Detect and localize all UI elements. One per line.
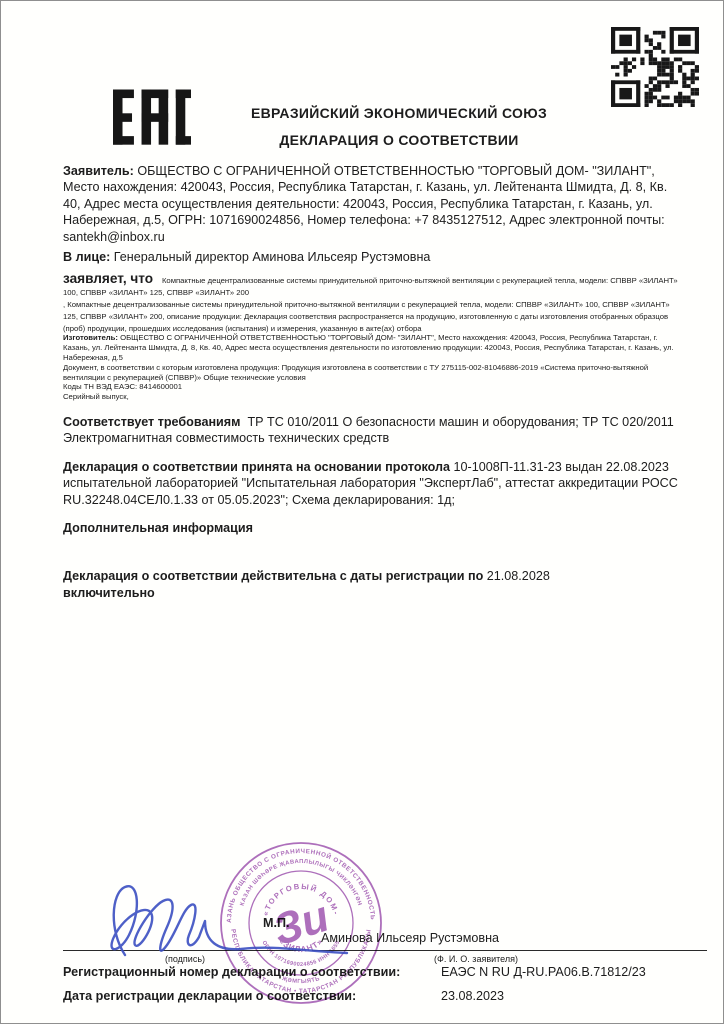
additional-info-heading: Дополнительная информация [63, 520, 686, 536]
in-person-label: В лице: [63, 250, 110, 264]
product-line-2: , Компактные децентрализованные системы … [63, 300, 670, 333]
svg-text:ҖӘМГЫЯТЬ: ҖӘМГЫЯТЬ [280, 976, 321, 985]
validity-suffix: включительно [63, 586, 155, 600]
tnved-codes-text: Коды ТН ВЭД ЕАЭС: 8414600001 [63, 382, 182, 391]
validity-paragraph: Декларация о соответствии действительна … [63, 568, 686, 601]
compliance-label: Соответствует требованиям [63, 415, 240, 429]
manufacturer-block: Изготовитель: ОБЩЕСТВО С ОГРАНИЧЕННОЙ ОТ… [63, 333, 686, 402]
product-line-1: Компактные децентрализованные системы пр… [63, 276, 678, 297]
declares-paragraph: заявляет, что Компактные децентрализован… [63, 274, 686, 333]
validity-date: 21.08.2028 [487, 569, 550, 583]
in-person-paragraph: В лице: Генеральный директор Аминова Иль… [63, 249, 686, 265]
validity-label: Декларация о соответствии действительна … [63, 569, 483, 583]
document-body: Заявитель: ОБЩЕСТВО С ОГРАНИЧЕННОЙ ОТВЕТ… [63, 163, 686, 601]
applicant-text: ОБЩЕСТВО С ОГРАНИЧЕННОЙ ОТВЕТСТВЕННОСТЬЮ… [63, 164, 667, 244]
production-document-text: Документ, в соответствии с которым изгот… [63, 363, 648, 382]
declaration-document: ЕВРАЗИЙСКИЙ ЭКОНОМИЧЕСКИЙ СОЮЗ ДЕКЛАРАЦИ… [0, 0, 724, 1024]
basis-paragraph: Декларация о соответствии принята на осн… [63, 459, 686, 508]
additional-info-label: Дополнительная информация [63, 521, 253, 535]
manufacturer-text: ОБЩЕСТВО С ОГРАНИЧЕННОЙ ОТВЕТСТВЕННОСТЬЮ… [63, 333, 674, 362]
signer-name-caption: (Ф. И. О. заявителя) [389, 954, 563, 964]
applicant-label: Заявитель: [63, 164, 134, 178]
document-header: ЕВРАЗИЙСКИЙ ЭКОНОМИЧЕСКИЙ СОЮЗ ДЕКЛАРАЦИ… [75, 104, 723, 158]
registration-date-value: 23.08.2023 [441, 989, 504, 1003]
applicant-paragraph: Заявитель: ОБЩЕСТВО С ОГРАНИЧЕННОЙ ОТВЕТ… [63, 163, 686, 245]
compliance-paragraph: Соответствует требованиям ТР ТС 010/2011… [63, 414, 686, 447]
registration-number-value: ЕАЭС N RU Д-RU.РА06.В.71812/23 [441, 965, 646, 979]
qr-code-icon [611, 27, 699, 107]
basis-label: Декларация о соответствии принята на осн… [63, 460, 450, 474]
handwritten-signature [95, 877, 375, 967]
declares-label: заявляет, что [63, 271, 153, 286]
manufacturer-label: Изготовитель: [63, 333, 118, 342]
document-title: ДЕКЛАРАЦИЯ О СООТВЕТСТВИИ [75, 131, 723, 149]
stamp-ring2-bottom-text: ҖӘМГЫЯТЬ [280, 976, 321, 985]
serial-release-text: Серийный выпуск, [63, 392, 129, 401]
in-person-text: Генеральный директор Аминова Ильсеяр Рус… [114, 250, 431, 264]
